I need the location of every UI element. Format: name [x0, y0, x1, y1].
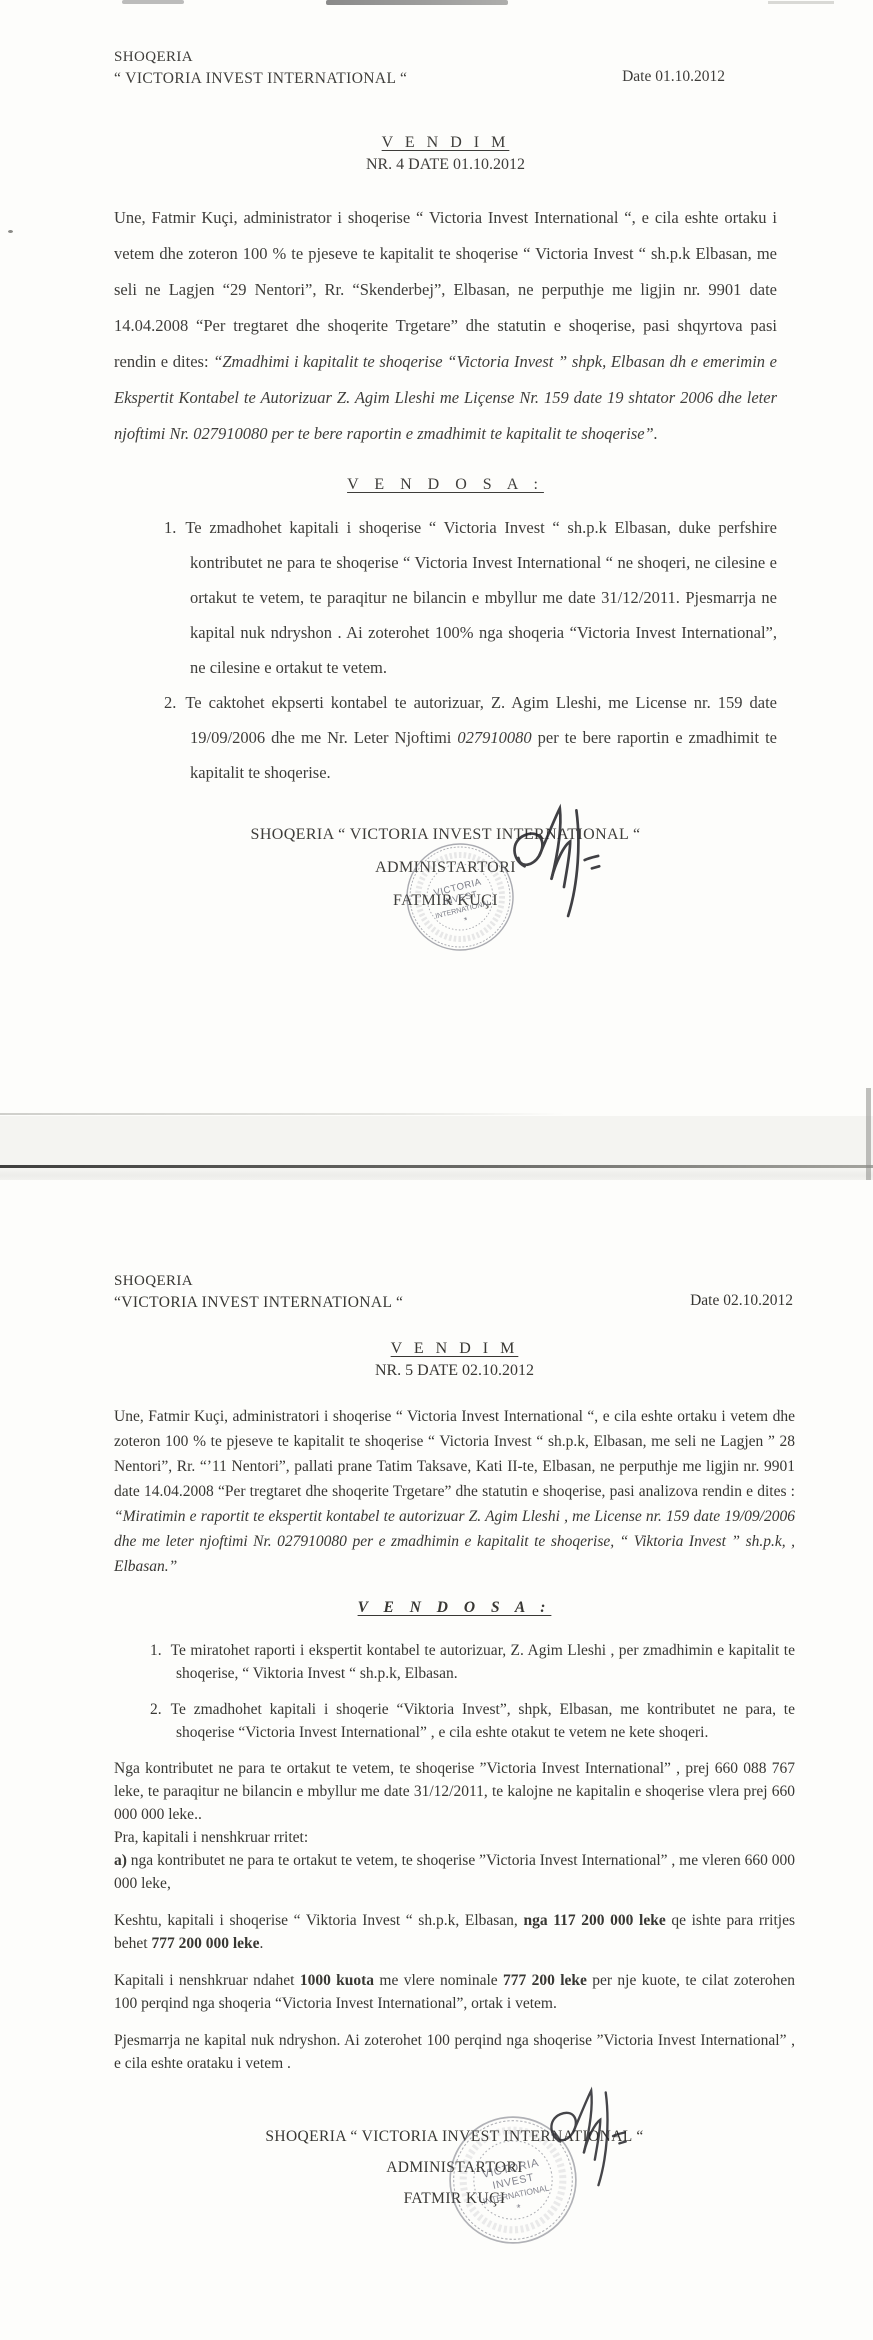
item-text: Te zmadhohet kapitali i shoqerie “Viktor… [171, 1701, 795, 1741]
document-date: Date 01.10.2012 [622, 68, 725, 86]
quota-value: 777 200 leke [503, 1972, 587, 1989]
company-heading: SHOQERIA “VICTORIA INVEST INTERNATIONAL … [114, 1270, 403, 1314]
document-date: Date 02.10.2012 [690, 1292, 793, 1310]
paragraph-capital-result: Keshtu, kapitali i shoqerise “ Viktoria … [114, 1909, 795, 1955]
intro-text: Une, Fatmir Kuçi, administratori i shoqe… [114, 1408, 795, 1500]
paragraph-point-a: a) nga kontributet ne para te ortakut te… [114, 1849, 795, 1895]
item-number: 1. [164, 518, 176, 537]
agenda-quote: “Miratimin e raportit te ekspertit konta… [114, 1508, 795, 1575]
new-capital-amount: 777 200 000 leke [151, 1935, 259, 1952]
stamp-mark: * [463, 915, 469, 926]
page-edge-line [0, 1165, 873, 1168]
text-segment: . [260, 1935, 264, 1952]
paragraph-contributions: Nga kontributet ne para te ortakut te ve… [114, 1757, 795, 1826]
agenda-quote: “Zmadhimi i kapitalit te shoqerise “Vict… [114, 352, 777, 443]
vendosa-heading: V E N D O S A : [114, 476, 777, 494]
quota-count: 1000 kuota [300, 1972, 374, 1989]
point-a-label: a) [114, 1852, 127, 1869]
company-name-line1: SHOQERIA [114, 46, 407, 68]
company-name-line2: “VICTORIA INVEST INTERNATIONAL “ [114, 1292, 403, 1314]
signature [493, 800, 608, 950]
company-heading: SHOQERIA “ VICTORIA INVEST INTERNATIONAL… [114, 46, 407, 90]
item-text: Te zmadhohet kapitali i shoqerise “ Vict… [185, 518, 777, 677]
item-text: Te miratohet raporti i ekspertit kontabe… [171, 1642, 795, 1682]
item-number: 1. [150, 1642, 162, 1659]
signature-graphic [533, 2082, 633, 2212]
scanned-page-2: SHOQERIA “VICTORIA INVEST INTERNATIONAL … [0, 1180, 873, 2340]
page1-header: SHOQERIA “ VICTORIA INVEST INTERNATIONAL… [114, 46, 777, 90]
decision-title-word: V E N D I M [114, 1340, 795, 1358]
list-item: 1.Te zmadhohet kapitali i shoqerise “ Vi… [164, 510, 777, 685]
vendosa-label: V E N D O S A : [347, 476, 544, 493]
decision-title-word: V E N D I M [114, 134, 777, 152]
decision-title: V E N D I M NR. 5 DATE 02.10.2012 [114, 1340, 795, 1380]
list-item: 1.Te miratohet raporti i ekspertit konta… [150, 1639, 795, 1685]
intro-text: Une, Fatmir Kuçi, administrator i shoqer… [114, 208, 777, 371]
company-name-line2: “ VICTORIA INVEST INTERNATIONAL “ [114, 68, 407, 90]
paragraph-participation: Pjesmarrja ne kapital nuk ndryshon. Ai z… [114, 2029, 795, 2075]
vendosa-label: V E N D O S A : [358, 1599, 552, 1616]
paragraph-quota: Kapitali i nenshkruar ndahet 1000 kuota … [114, 1969, 795, 2015]
text-segment: me vlere nominale [374, 1972, 503, 1989]
item-number: 2. [150, 1701, 162, 1718]
stamp-mark: * [516, 2202, 523, 2215]
decision-number-line: NR. 4 DATE 01.10.2012 [114, 156, 777, 174]
decision-intro-paragraph: Une, Fatmir Kuçi, administrator i shoqer… [114, 200, 777, 452]
decision-list: 1.Te miratohet raporti i ekspertit konta… [114, 1639, 795, 1744]
text-segment: Kapitali i nenshkruar ndahet [114, 1972, 300, 1989]
item-number: 2. [164, 693, 176, 712]
list-item: 2.Te caktohet ekpserti kontabel te autor… [164, 685, 777, 790]
old-capital-amount: nga 117 200 000 leke [523, 1912, 665, 1929]
paragraph-capital-rises: Pra, kapitali i nenshkruar rritet: [114, 1826, 795, 1849]
point-a-text: nga kontributet ne para te ortakut te ve… [114, 1852, 795, 1892]
list-item: 2.Te zmadhohet kapitali i shoqerie “Vikt… [150, 1698, 795, 1744]
page2-header: SHOQERIA “VICTORIA INVEST INTERNATIONAL … [114, 1270, 795, 1314]
signature-graphic [493, 800, 608, 945]
text-segment: Keshtu, kapitali i shoqerise “ Viktoria … [114, 1912, 523, 1929]
decision-intro-paragraph: Une, Fatmir Kuçi, administratori i shoqe… [114, 1404, 795, 1579]
capital-increase-paragraphs: Nga kontributet ne para te ortakut te ve… [114, 1757, 795, 2075]
decision-list: 1.Te zmadhohet kapitali i shoqerise “ Vi… [114, 510, 777, 790]
decision-number-line: NR. 5 DATE 02.10.2012 [114, 1362, 795, 1380]
decision-title: V E N D I M NR. 4 DATE 01.10.2012 [114, 134, 777, 174]
vendosa-heading: V E N D O S A : [114, 1599, 795, 1617]
company-name-line1: SHOQERIA [114, 1270, 403, 1292]
license-number: 027910080 [457, 728, 531, 747]
signature [533, 2082, 633, 2217]
